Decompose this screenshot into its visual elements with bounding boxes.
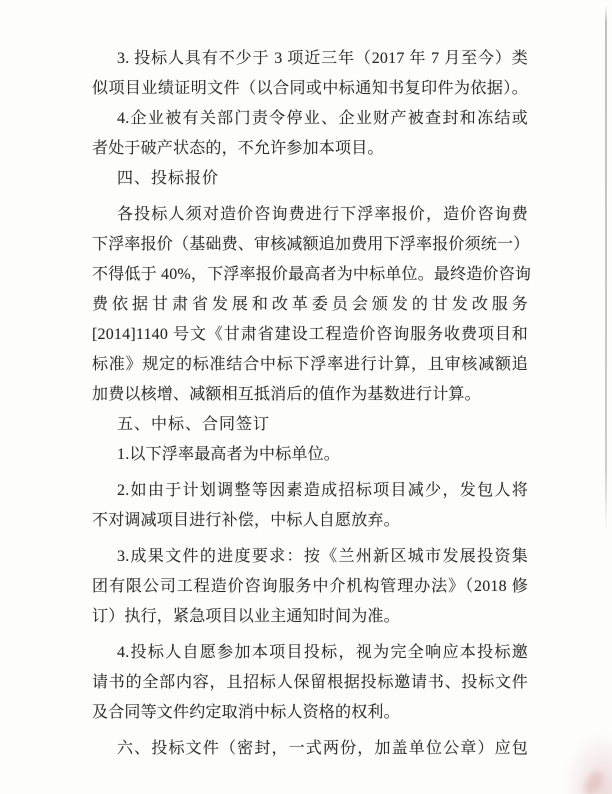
- text-line: 及合同等文件约定取消中标人资格的权利。: [92, 698, 528, 728]
- text-line: 4.企业被有关部门责令停业、企业财产被查封和冻结或: [92, 104, 528, 134]
- text-line: 请书的全部内容，且招标人保留根据投标邀请书、投标文件: [92, 668, 528, 698]
- text-line: 者处于破产状态的，不允许参加本项目。: [92, 134, 528, 164]
- text-line: 四、投标报价: [92, 164, 528, 194]
- text-line: [2014]1140 号文《甘肃省建设工程造价咨询服务收费项目和: [92, 320, 528, 350]
- text-line: 六、投标文件（密封，一式两份，加盖单位公章）应包: [92, 734, 528, 764]
- text-line: 似项目业绩证明文件（以合同或中标通知书复印件为依据）。: [92, 74, 528, 104]
- text-line: 不得低于 40%，下浮率报价最高者为中标单位。最终造价咨询: [92, 260, 528, 290]
- text-line: 3.成果文件的进度要求：按《兰州新区城市发展投资集: [92, 542, 528, 572]
- text-line: 团有限公司工程造价咨询服务中介机构管理办法》（2018 修: [92, 572, 528, 602]
- text-line: 4.投标人自愿参加本项目投标，视为完全响应本投标邀: [92, 638, 528, 668]
- text-line: 加费以核增、减额相互抵消后的值作为基数进行计算。: [92, 380, 528, 410]
- text-line: 五、中标、合同签订: [92, 410, 528, 440]
- text-line: 1.以下浮率最高者为中标单位。: [92, 440, 528, 470]
- scanned-document-page: 3. 投标人具有不少于 3 项近三年（2017 年 7 月至今）类似项目业绩证明…: [0, 0, 612, 794]
- text-line: 下浮率报价（基础费、审核减额追加费用下浮率报价须统一）: [92, 230, 528, 260]
- document-lines: 3. 投标人具有不少于 3 项近三年（2017 年 7 月至今）类似项目业绩证明…: [92, 44, 528, 764]
- text-line: 2.如由于计划调整等因素造成招标项目减少，发包人将: [92, 476, 528, 506]
- text-line: 不对调减项目进行补偿，中标人自愿放弃。: [92, 506, 528, 536]
- text-line: 费依据甘肃省发展和改革委员会颁发的甘发改服务: [92, 290, 528, 320]
- text-line: 订）执行，紧急项目以业主通知时间为准。: [92, 602, 528, 632]
- text-line: 标准》规定的标准结合中标下浮率进行计算，且审核减额追: [92, 350, 528, 380]
- scan-edge-line: [605, 6, 607, 532]
- text-line: 各投标人须对造价咨询费进行下浮率报价，造价咨询费: [92, 200, 528, 230]
- text-line: 3. 投标人具有不少于 3 项近三年（2017 年 7 月至今）类: [92, 44, 528, 74]
